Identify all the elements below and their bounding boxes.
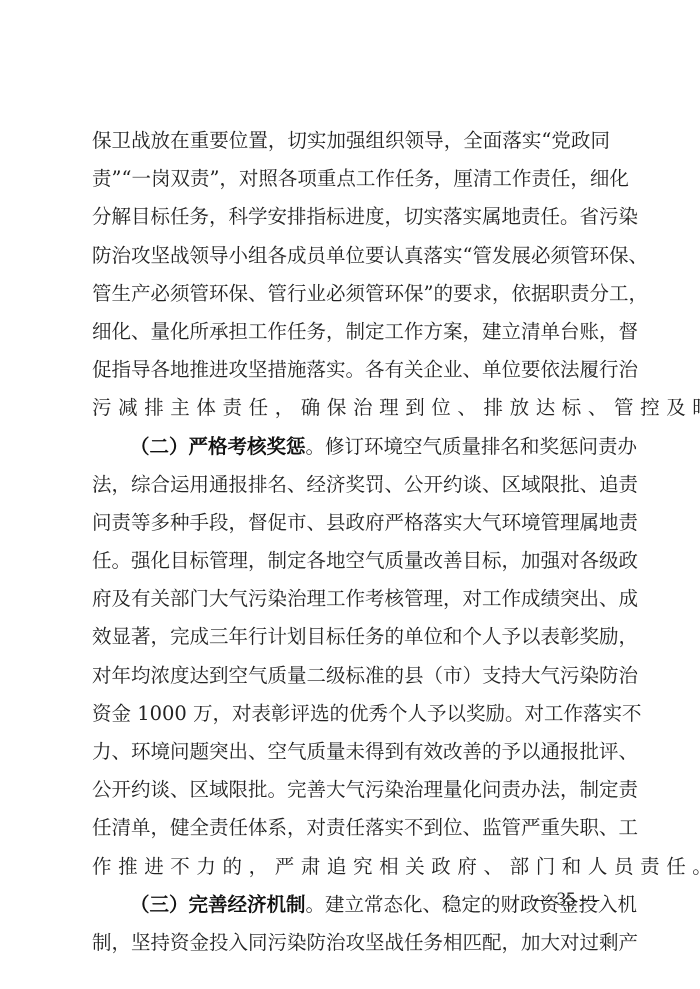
text-line-content: 任。强化目标管理，制定各地空气质量改善目标，加强对各级政 <box>92 549 638 572</box>
text-line: 责”“一岗双责”，对照各项重点工作任务，厘清工作责任，细化 <box>92 167 610 205</box>
text-line: 制，坚持资金投入同污染防治攻坚战任务相匹配，加大对过剩产 <box>92 931 610 969</box>
text-line: 对年均浓度达到空气质量二级标准的县（市）支持大气污染防治 <box>92 664 610 702</box>
text-line-content: 任清单，健全责任体系，对责任落实不到位、监管严重失职、工 <box>92 816 638 839</box>
text-line: 作推进不力的，严肃追究相关政府、部门和人员责任。 <box>92 855 610 893</box>
text-line-content: 资金 1000 万，对表彰评选的优秀个人予以奖励。对工作落实不 <box>92 702 642 725</box>
text-line: 力、环境问题突出、空气质量未得到有效改善的予以通报批评、 <box>92 740 610 778</box>
text-line-content: 力、环境问题突出、空气质量未得到有效改善的予以通报批评、 <box>92 740 638 763</box>
text-line: 防治攻坚战领导小组各成员单位要认真落实“管发展必须管环保、 <box>92 244 610 282</box>
text-line-content: 防治攻坚战领导小组各成员单位要认真落实“管发展必须管环保、 <box>92 244 648 267</box>
text-line-content: 细化、量化所承担工作任务，制定工作方案，建立清单台账，督 <box>92 320 638 343</box>
body-text: 保卫战放在重要位置，切实加强组织领导，全面落实“党政同 责”“一岗双责”，对照各… <box>92 129 610 969</box>
document-page: 保卫战放在重要位置，切实加强组织领导，全面落实“党政同 责”“一岗双责”，对照各… <box>0 0 700 989</box>
text-line-content: 保卫战放在重要位置，切实加强组织领导，全面落实“党政同 <box>92 129 610 152</box>
text-line-content: 问责等多种手段，督促市、县政府严格落实大气环境管理属地责 <box>92 511 638 534</box>
text-line-content: 。修订环境空气质量排名和奖惩问责办 <box>306 435 638 458</box>
text-line: 任。强化目标管理，制定各地空气质量改善目标，加强对各级政 <box>92 549 610 587</box>
section-heading: （三）完善经济机制 <box>130 893 306 916</box>
text-line: 资金 1000 万，对表彰评选的优秀个人予以奖励。对工作落实不 <box>92 702 610 740</box>
text-line-content: 促指导各地推进攻坚措施落实。各有关企业、单位要依法履行治 <box>92 358 638 381</box>
page-number: — 35 — <box>530 889 602 911</box>
text-line: 效显著，完成三年行计划目标任务的单位和个人予以表彰奖励， <box>92 625 610 663</box>
text-line-content: 责”“一岗双责”，对照各项重点工作任务，厘清工作责任，细化 <box>92 167 629 190</box>
text-line: 公开约谈、区域限批。完善大气污染治理量化问责办法，制定责 <box>92 778 610 816</box>
text-line: 任清单，健全责任体系，对责任落实不到位、监管严重失职、工 <box>92 816 610 854</box>
text-line: 问责等多种手段，督促市、县政府严格落实大气环境管理属地责 <box>92 511 610 549</box>
text-line-content: 对年均浓度达到空气质量二级标准的县（市）支持大气污染防治 <box>92 664 638 687</box>
text-line-content: 作推进不力的，严肃追究相关政府、部门和人员责任。 <box>92 855 700 878</box>
text-line-content: 污减排主体责任，确保治理到位、排放达标、管控及时。 <box>92 396 700 419</box>
text-line: 管生产必须管环保、管行业必须管环保”的要求，依据职责分工， <box>92 282 610 320</box>
text-line-content: 管生产必须管环保、管行业必须管环保”的要求，依据职责分工， <box>92 282 648 305</box>
text-line-content: 制，坚持资金投入同污染防治攻坚战任务相匹配，加大对过剩产 <box>92 931 638 954</box>
text-line-content: 公开约谈、区域限批。完善大气污染治理量化问责办法，制定责 <box>92 778 638 801</box>
text-line: 细化、量化所承担工作任务，制定工作方案，建立清单台账，督 <box>92 320 610 358</box>
text-line: 污减排主体责任，确保治理到位、排放达标、管控及时。 <box>92 396 610 434</box>
text-line: 促指导各地推进攻坚措施落实。各有关企业、单位要依法履行治 <box>92 358 610 396</box>
text-line: 府及有关部门大气污染治理工作考核管理，对工作成绩突出、成 <box>92 587 610 625</box>
text-line: 法，综合运用通报排名、经济奖罚、公开约谈、区域限批、追责 <box>92 473 610 511</box>
text-line-content: 效显著，完成三年行计划目标任务的单位和个人予以表彰奖励， <box>92 625 638 648</box>
section-heading-line: （二）严格考核奖惩。修订环境空气质量排名和奖惩问责办 <box>92 435 610 473</box>
section-heading: （二）严格考核奖惩 <box>130 435 306 458</box>
text-line-content: 分解目标任务，科学安排指标进度，切实落实属地责任。省污染 <box>92 205 638 228</box>
text-line: 分解目标任务，科学安排指标进度，切实落实属地责任。省污染 <box>92 205 610 243</box>
text-line: 保卫战放在重要位置，切实加强组织领导，全面落实“党政同 <box>92 129 610 167</box>
text-line-content: 府及有关部门大气污染治理工作考核管理，对工作成绩突出、成 <box>92 587 638 610</box>
text-line-content: 法，综合运用通报排名、经济奖罚、公开约谈、区域限批、追责 <box>92 473 638 496</box>
